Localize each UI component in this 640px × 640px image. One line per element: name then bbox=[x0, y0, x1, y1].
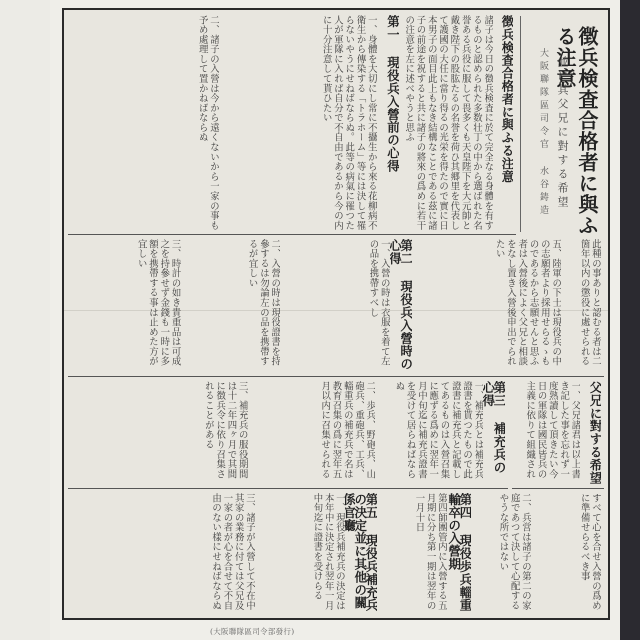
paragraph: 一、入營の時は衣服を着て左の品を携帶すべし bbox=[280, 239, 390, 373]
paragraph: 第四師團管内に入營する五月期に分ち第一期は翌年の一月十日 bbox=[377, 493, 447, 613]
title-separator bbox=[520, 16, 521, 232]
paragraph: すべて心を合せ入營の爲めに準備せらるべき事 bbox=[531, 493, 601, 613]
document-page: 徴兵検査合格者に與ふる注意 並に其父兄に對する希望 大阪聯隊區司令官 水谷鋳造 … bbox=[62, 8, 610, 620]
text-band-3-right: 父兄に對する希望 一、父兄諸君は以上書き記した事を忘れず一度熟讀して頂きたい今日… bbox=[512, 378, 604, 489]
title-block: 徴兵検査合格者に與ふる注意 並に其父兄に對する希望 大阪聯隊區司令官 水谷鋳造 bbox=[522, 16, 602, 238]
paragraph: 三、諸子が入營して不在中其家の業務に付ては父兄及一家の者が心を合せて不自由のない… bbox=[75, 493, 255, 613]
section-heading: 第三 補充兵の心得 bbox=[483, 381, 505, 474]
paragraph: 五、陸軍の下士は現役兵の中の志願者より採用せらるゝものであるから志願せんと思ふ者… bbox=[412, 239, 561, 373]
paragraph: 一、補充兵とは補充兵證書を貰つたもので此證書に補充兵と記載してあるものは入營召集… bbox=[375, 381, 483, 485]
paragraph: 一、現役兵補充兵の決定は本年中に決定され翌年一月中旬迄に證書を受けらる bbox=[255, 493, 345, 613]
publisher-footer: (大阪聯隊區司令部發行) bbox=[210, 626, 294, 637]
paragraph: 二、諸子の入營は今から遠くないから一家の事も予め處理して置かねばならぬ bbox=[71, 15, 219, 231]
paragraph: 一、身體を大切にし常に不攝生から來る花柳病不衛生から傳染する「トラホーム」等には… bbox=[219, 15, 377, 231]
background-frame-edge bbox=[620, 0, 640, 640]
paragraph: 諸子は今日の徴兵検査に於て完全なる身體を有するものと認められた多数壮丁の中から選… bbox=[399, 15, 494, 231]
section-heading: 第一 現役兵入營前の心得 bbox=[386, 15, 399, 172]
section-heading: 第四 現役歩兵輜重輸卒の入營期 bbox=[447, 493, 471, 612]
section-heading: 第二 現役兵入營時の心得 bbox=[390, 239, 412, 371]
paragraph: 三、補充兵の服役期間は十二年四ヶ月で其間に徴兵令に依り召集されることがある bbox=[71, 381, 248, 485]
text-band-3: 第三 補充兵の心得 一、補充兵とは補充兵證書を貰つたもので此證書に補充兵と記載し… bbox=[68, 378, 508, 489]
section-heading: 第五 現役兵補充兵の決定並に其他の關係官廳 bbox=[345, 493, 377, 612]
document-subtitle: 並に其父兄に對する希望 bbox=[554, 56, 570, 210]
section-title: 徴兵検査合格者に與ふる注意 bbox=[500, 15, 513, 183]
paragraph: 三、時計の如き貴重品は可成之を持參せず金錢も一時に多額を携帶する事は止めた方が宜… bbox=[71, 239, 181, 373]
paragraph: 此種の事ありと認むる者は二箇年以内の懲役に處せられる bbox=[561, 239, 601, 373]
text-band-1: 徴兵検査合格者に與ふる注意 諸子は今日の徴兵検査に於て完全なる身體を有するものと… bbox=[68, 12, 516, 235]
document-author: 大阪聯隊區司令官 水谷鋳造 bbox=[537, 48, 550, 218]
paragraph: 二、歩兵、野砲兵、山砲兵、重砲兵、工兵、輜重兵の補充兵で名は教育召集の爲に翌年五… bbox=[248, 381, 376, 485]
section-heading: 父兄に對する希望 bbox=[588, 381, 601, 484]
paragraph: 二、入營の時は現役證書を持參するは勿論左の品を携帶するが宜しい bbox=[181, 239, 281, 373]
paragraph: 一、父兄諸君は以上書き記した事を忘れず一度熟讀して頂きたい今日の軍隊は國民皆兵の… bbox=[515, 381, 580, 485]
text-band-2: 此種の事ありと認むる者は二箇年以内の懲役に處せられる 五、陸軍の下士は現役兵の中… bbox=[68, 236, 604, 377]
paragraph: 二、兵営は諸子の第二の家庭であつて決して心配するやうな所ではない bbox=[471, 493, 531, 613]
text-band-4: すべて心を合せ入營の爲めに準備せらるべき事 二、兵営は諸子の第二の家庭であつて決… bbox=[68, 490, 604, 616]
